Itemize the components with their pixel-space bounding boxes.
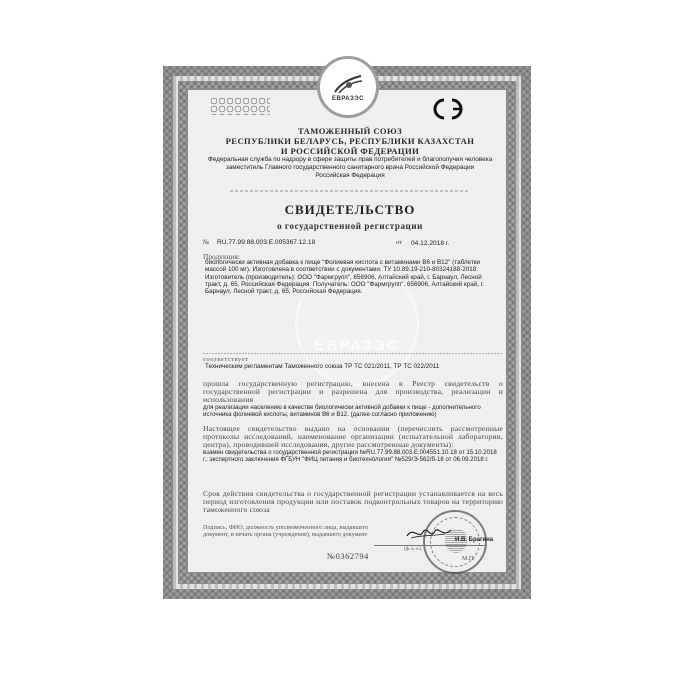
divider-line: [230, 190, 470, 192]
union-line-2: РЕСПУБЛИКИ БЕЛАРУСЬ, РЕСПУБЛИКИ КАЗАХСТА…: [195, 136, 505, 146]
product-description: биологически активная добавка к пище "Фо…: [205, 259, 500, 295]
signature-line: [374, 545, 486, 546]
union-line-3: И РОССИЙСКОЙ ФЕДЕРАЦИИ: [195, 146, 505, 156]
registration-number-label: №: [203, 239, 209, 246]
registration-date-label: от: [396, 239, 402, 246]
eurasec-logo: ЕВРАЗЭС: [317, 56, 379, 118]
registration-date: 04.12.2018 г.: [411, 240, 449, 247]
basis-intro: Настоящее свидетельство выдано на основа…: [203, 425, 503, 448]
document-subtitle: о государственной регистрации: [195, 221, 505, 231]
seal-label: М.П.: [462, 556, 475, 562]
guilloche-rosette-icon: [210, 97, 270, 115]
handwritten-signature-icon: [405, 524, 453, 542]
signer-caption: (ф. и. о.): [404, 547, 421, 552]
serial-number: №0362794: [327, 551, 369, 561]
registration-status-text: прошла государственную регистрацию, внес…: [203, 380, 503, 403]
conformity-label: соответствует: [203, 356, 249, 363]
conformity-text: Техническим регламентам Таможенного союз…: [205, 363, 500, 370]
usage-text: для реализации населению в качестве биол…: [203, 404, 505, 419]
signer-name: И.В. Брагина: [455, 537, 493, 543]
logo-text: ЕВРАЗЭС: [332, 96, 364, 102]
basis-text: взамен свидетельства о государственной р…: [203, 449, 503, 464]
document-title: СВИДЕТЕЛЬСТВО: [195, 202, 505, 218]
authority-line-3: Российская Федерация: [195, 172, 505, 180]
separator-line: [203, 353, 503, 354]
eurasec-emblem-icon: [331, 73, 365, 95]
union-line-1: ТАМОЖЕННЫЙ СОЮЗ: [195, 126, 505, 136]
signature-note: Подпись, ФИО, должность уполномоченного …: [203, 524, 373, 539]
authority-line-1: Федеральная служба по надзору в сфере за…: [195, 156, 505, 164]
watermark-text: ЕВРАЗЭС: [314, 337, 399, 354]
registration-number: RU.77.99.88.003.E.005367.12.18: [217, 239, 315, 246]
issuer-header: ТАМОЖЕННЫЙ СОЮЗ РЕСПУБЛИКИ БЕЛАРУСЬ, РЕС…: [195, 126, 505, 180]
authority-line-2: заместитель Главного государственного са…: [195, 164, 505, 172]
eac-ce-mark-icon: [431, 97, 465, 121]
registration-row: № RU.77.99.88.003.E.005367.12.18 от 04.1…: [203, 239, 503, 249]
